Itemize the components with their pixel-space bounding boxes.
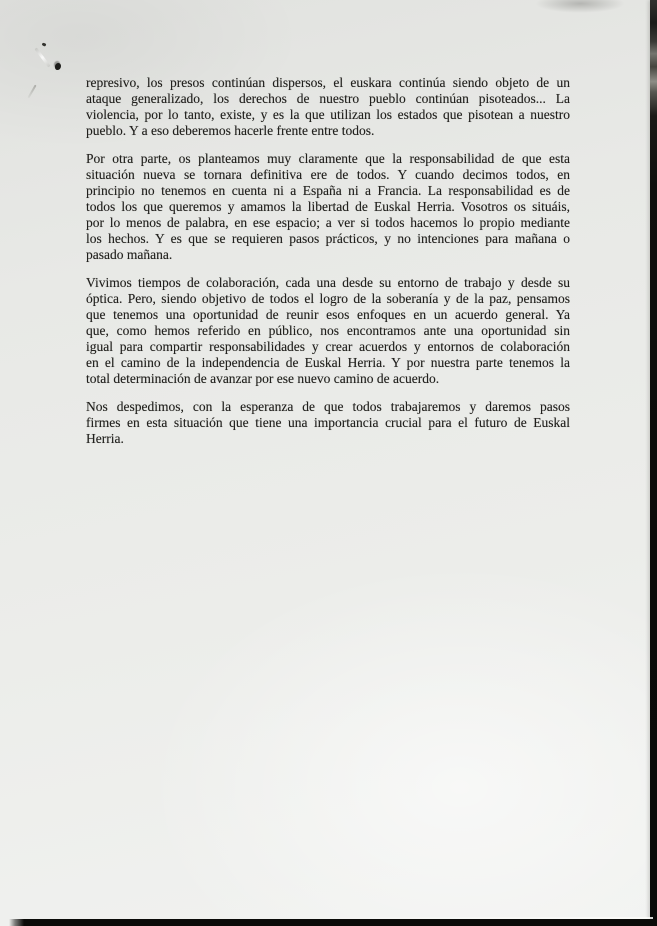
- text-line: Herria.: [86, 431, 570, 447]
- scan-edge-right: [650, 0, 657, 926]
- letter-body: represivo, los presos continúan disperso…: [86, 75, 570, 459]
- text-line: que, como hemos referido en público, nos…: [86, 323, 570, 339]
- text-line: que tenemos una oportunidad de reunir es…: [86, 307, 570, 323]
- text-line: principio no tenemos en cuenta ni a Espa…: [86, 183, 570, 199]
- text-line: total determinación de avanzar por ese n…: [86, 371, 570, 387]
- text-line: óptica. Pero, siendo objetivo de todos e…: [86, 291, 570, 307]
- smudge-mark: [27, 85, 36, 99]
- top-right-shadow: [517, 0, 632, 24]
- text-line: Por otra parte, os planteamos muy claram…: [86, 151, 570, 167]
- text-line: los hechos. Y es que se requieren pasos …: [86, 231, 570, 247]
- stain-dot-large: [55, 63, 61, 70]
- scan-edge-bottom: [0, 919, 657, 926]
- text-line: firmes en esta situación que tiene una i…: [86, 415, 570, 431]
- text-line: todos los que queremos y amamos la liber…: [86, 199, 570, 215]
- text-line: violencia, por lo tanto, existe, y es la…: [86, 107, 570, 123]
- text-line: Nos despedimos, con la esperanza de que …: [86, 399, 570, 415]
- text-line: ataque generalizado, los derechos de nue…: [86, 91, 570, 107]
- text-line: pueblo. Y a eso deberemos hacerle frente…: [86, 123, 570, 139]
- paragraph-2: Por otra parte, os planteamos muy claram…: [86, 151, 570, 263]
- paragraph-4: Nos despedimos, con la esperanza de que …: [86, 399, 570, 447]
- crease-mark: [34, 47, 50, 67]
- text-line: represivo, los presos continúan disperso…: [86, 75, 570, 91]
- paragraph-1: represivo, los presos continúan disperso…: [86, 75, 570, 139]
- text-line: Vivimos tiempos de colaboración, cada un…: [86, 275, 570, 291]
- text-line: pasado mañana.: [86, 247, 570, 263]
- text-line: por lo menos de palabra, en ese espacio;…: [86, 215, 570, 231]
- scanned-page: represivo, los presos continúan disperso…: [0, 0, 657, 926]
- text-line: igual para compartir responsabilidades y…: [86, 339, 570, 355]
- text-line: situación nueva se tornara definitiva er…: [86, 167, 570, 183]
- paragraph-3: Vivimos tiempos de colaboración, cada un…: [86, 275, 570, 387]
- text-line: en el camino de la independencia de Eusk…: [86, 355, 570, 371]
- stain-dot-small: [42, 42, 47, 46]
